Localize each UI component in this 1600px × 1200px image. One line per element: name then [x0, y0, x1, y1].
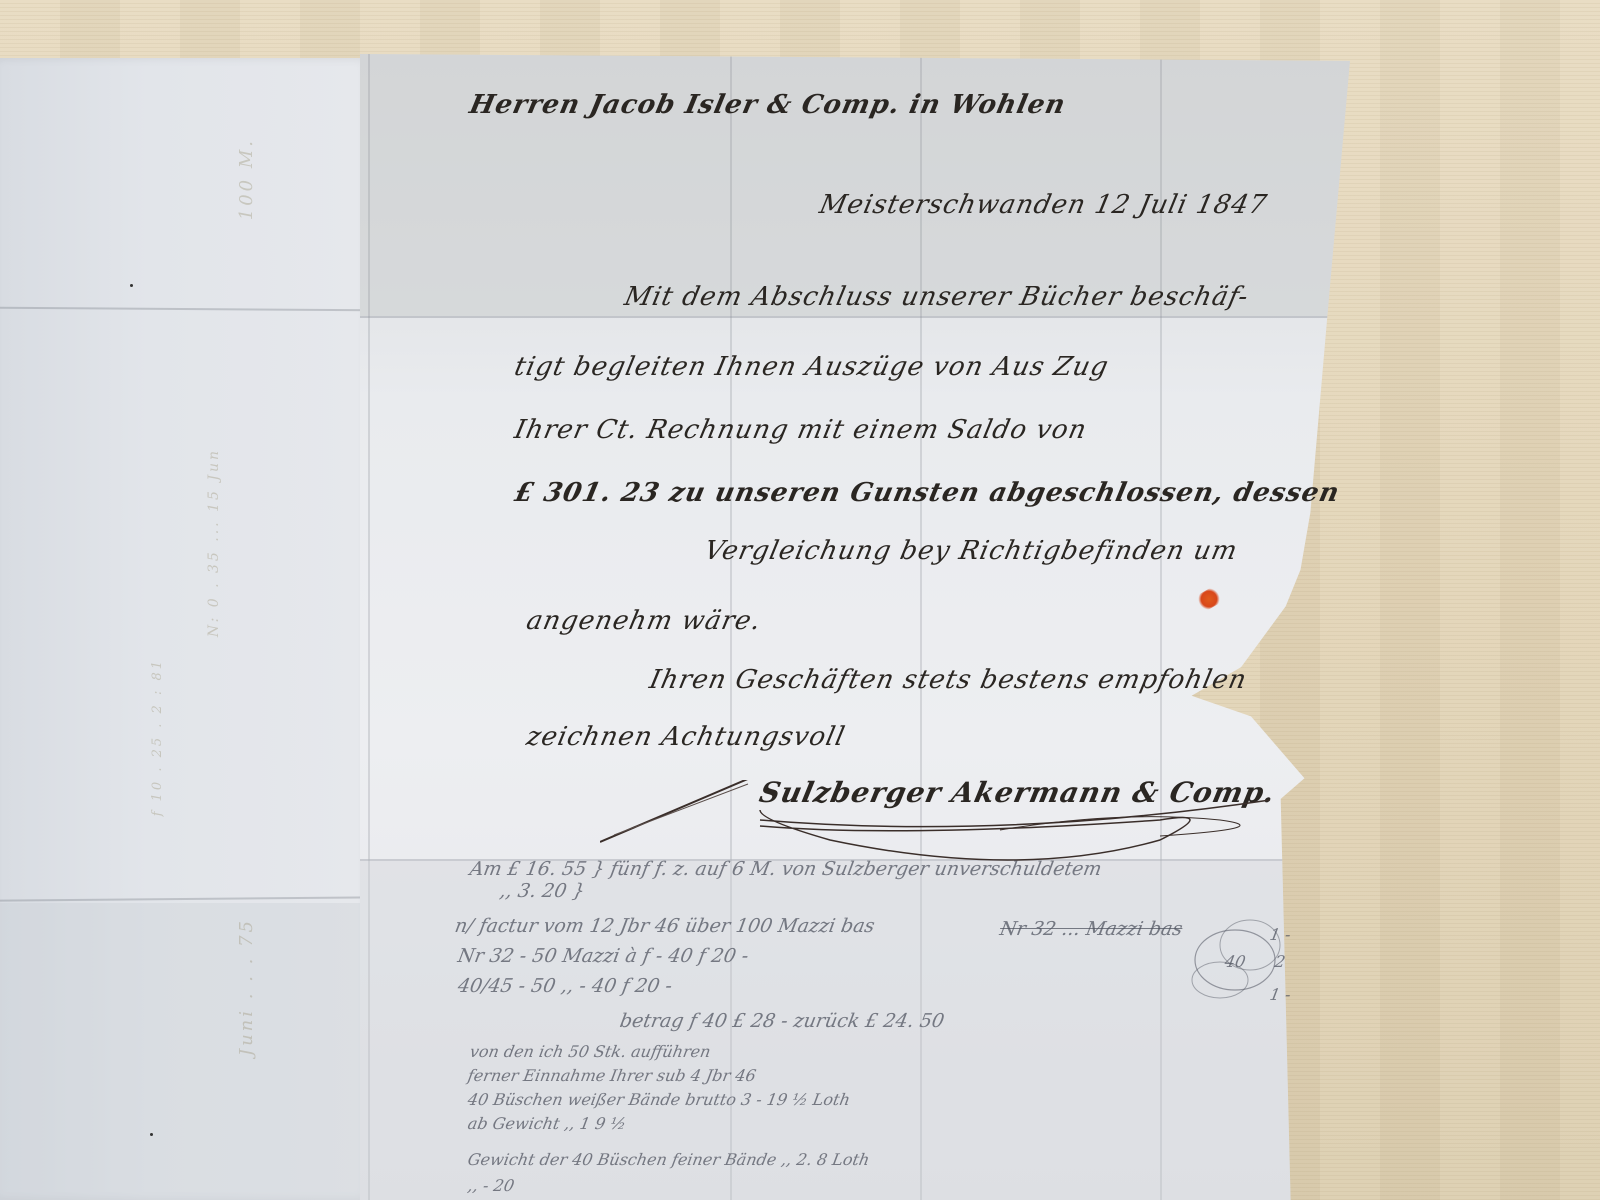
fold-line	[0, 896, 372, 901]
fold-line	[360, 316, 1350, 318]
verso-panel: 100 M. N: 0 . 35 ... 15 Jun f 10 . 25 . …	[0, 58, 372, 1200]
body-line: zeichnen Achtungsvoll	[524, 722, 848, 752]
ink-dot	[130, 284, 133, 287]
pencil-note-line: Am £ 16. 55 } fünf f. z. auf 6 M. von Su…	[468, 858, 1103, 880]
body-line: Ihren Geschäften stets bestens empfohlen	[647, 665, 1250, 695]
pencil-note-line: 40 Büschen weißer Bände brutto 3 - 19 ½ …	[466, 1090, 851, 1109]
bleedthrough-text: Juni . . . 75	[236, 918, 257, 1056]
body-line: Mit dem Abschluss unserer Bücher beschäf…	[622, 282, 1252, 312]
body-line: Ihrer Ct. Rechnung mit einem Saldo von	[512, 415, 1090, 445]
pencil-note-line: ,, - 20	[466, 1176, 515, 1195]
pencil-scribble-icon	[1180, 900, 1300, 1020]
struck-pencil-text: Nr 32 ... Mazzi bas	[998, 918, 1184, 940]
bleedthrough-text: N: 0 . 35 ... 15 Jun	[206, 448, 222, 637]
bleedthrough-text: 100 M.	[236, 138, 257, 220]
pencil-note-line: ,, 3. 20 }	[498, 880, 586, 902]
pencil-note-line: ferner Einnahme Ihrer sub 4 Jbr 46	[466, 1066, 757, 1085]
body-line-amount: £ 301. 23 zu unseren Gunsten abgeschloss…	[512, 478, 1343, 508]
paper-shadow	[0, 903, 372, 1200]
pencil-note-line: Nr 32 - 50 Mazzi à f - 40 f 20 -	[456, 945, 750, 967]
addressee-line: Herren Jacob Isler & Comp. in Wohlen	[467, 90, 1069, 120]
body-line: Vergleichung bey Richtigbefinden um	[702, 536, 1241, 566]
document-photo: 100 M. N: 0 . 35 ... 15 Jun f 10 . 25 . …	[0, 0, 1600, 1200]
pencil-note-line: Gewicht der 40 Büschen feiner Bände ,, 2…	[466, 1150, 871, 1169]
ink-dot	[150, 1133, 153, 1136]
pencil-note-line: ab Gewicht ,, 1 9 ½	[466, 1114, 627, 1133]
body-line: angenehm wäre.	[524, 606, 764, 636]
pencil-note-line: 40/45 - 50 ,, - 40 f 20 -	[456, 975, 674, 997]
bleedthrough-text: f 10 . 25 . 2 : 81	[150, 658, 165, 816]
fold-line	[0, 307, 372, 312]
place-date-line: Meisterschwanden 12 Juli 1847	[817, 190, 1270, 220]
pencil-note-line: n/ factur vom 12 Jbr 46 über 100 Mazzi b…	[453, 915, 876, 937]
pencil-note-line: von den ich 50 Stk. aufführen	[468, 1042, 712, 1061]
pencil-note-line-total: betrag f 40 £ 28 - zurück £ 24. 50	[618, 1010, 946, 1032]
body-line: tigt begleiten Ihnen Auszüge von Aus Zug	[512, 352, 1112, 382]
